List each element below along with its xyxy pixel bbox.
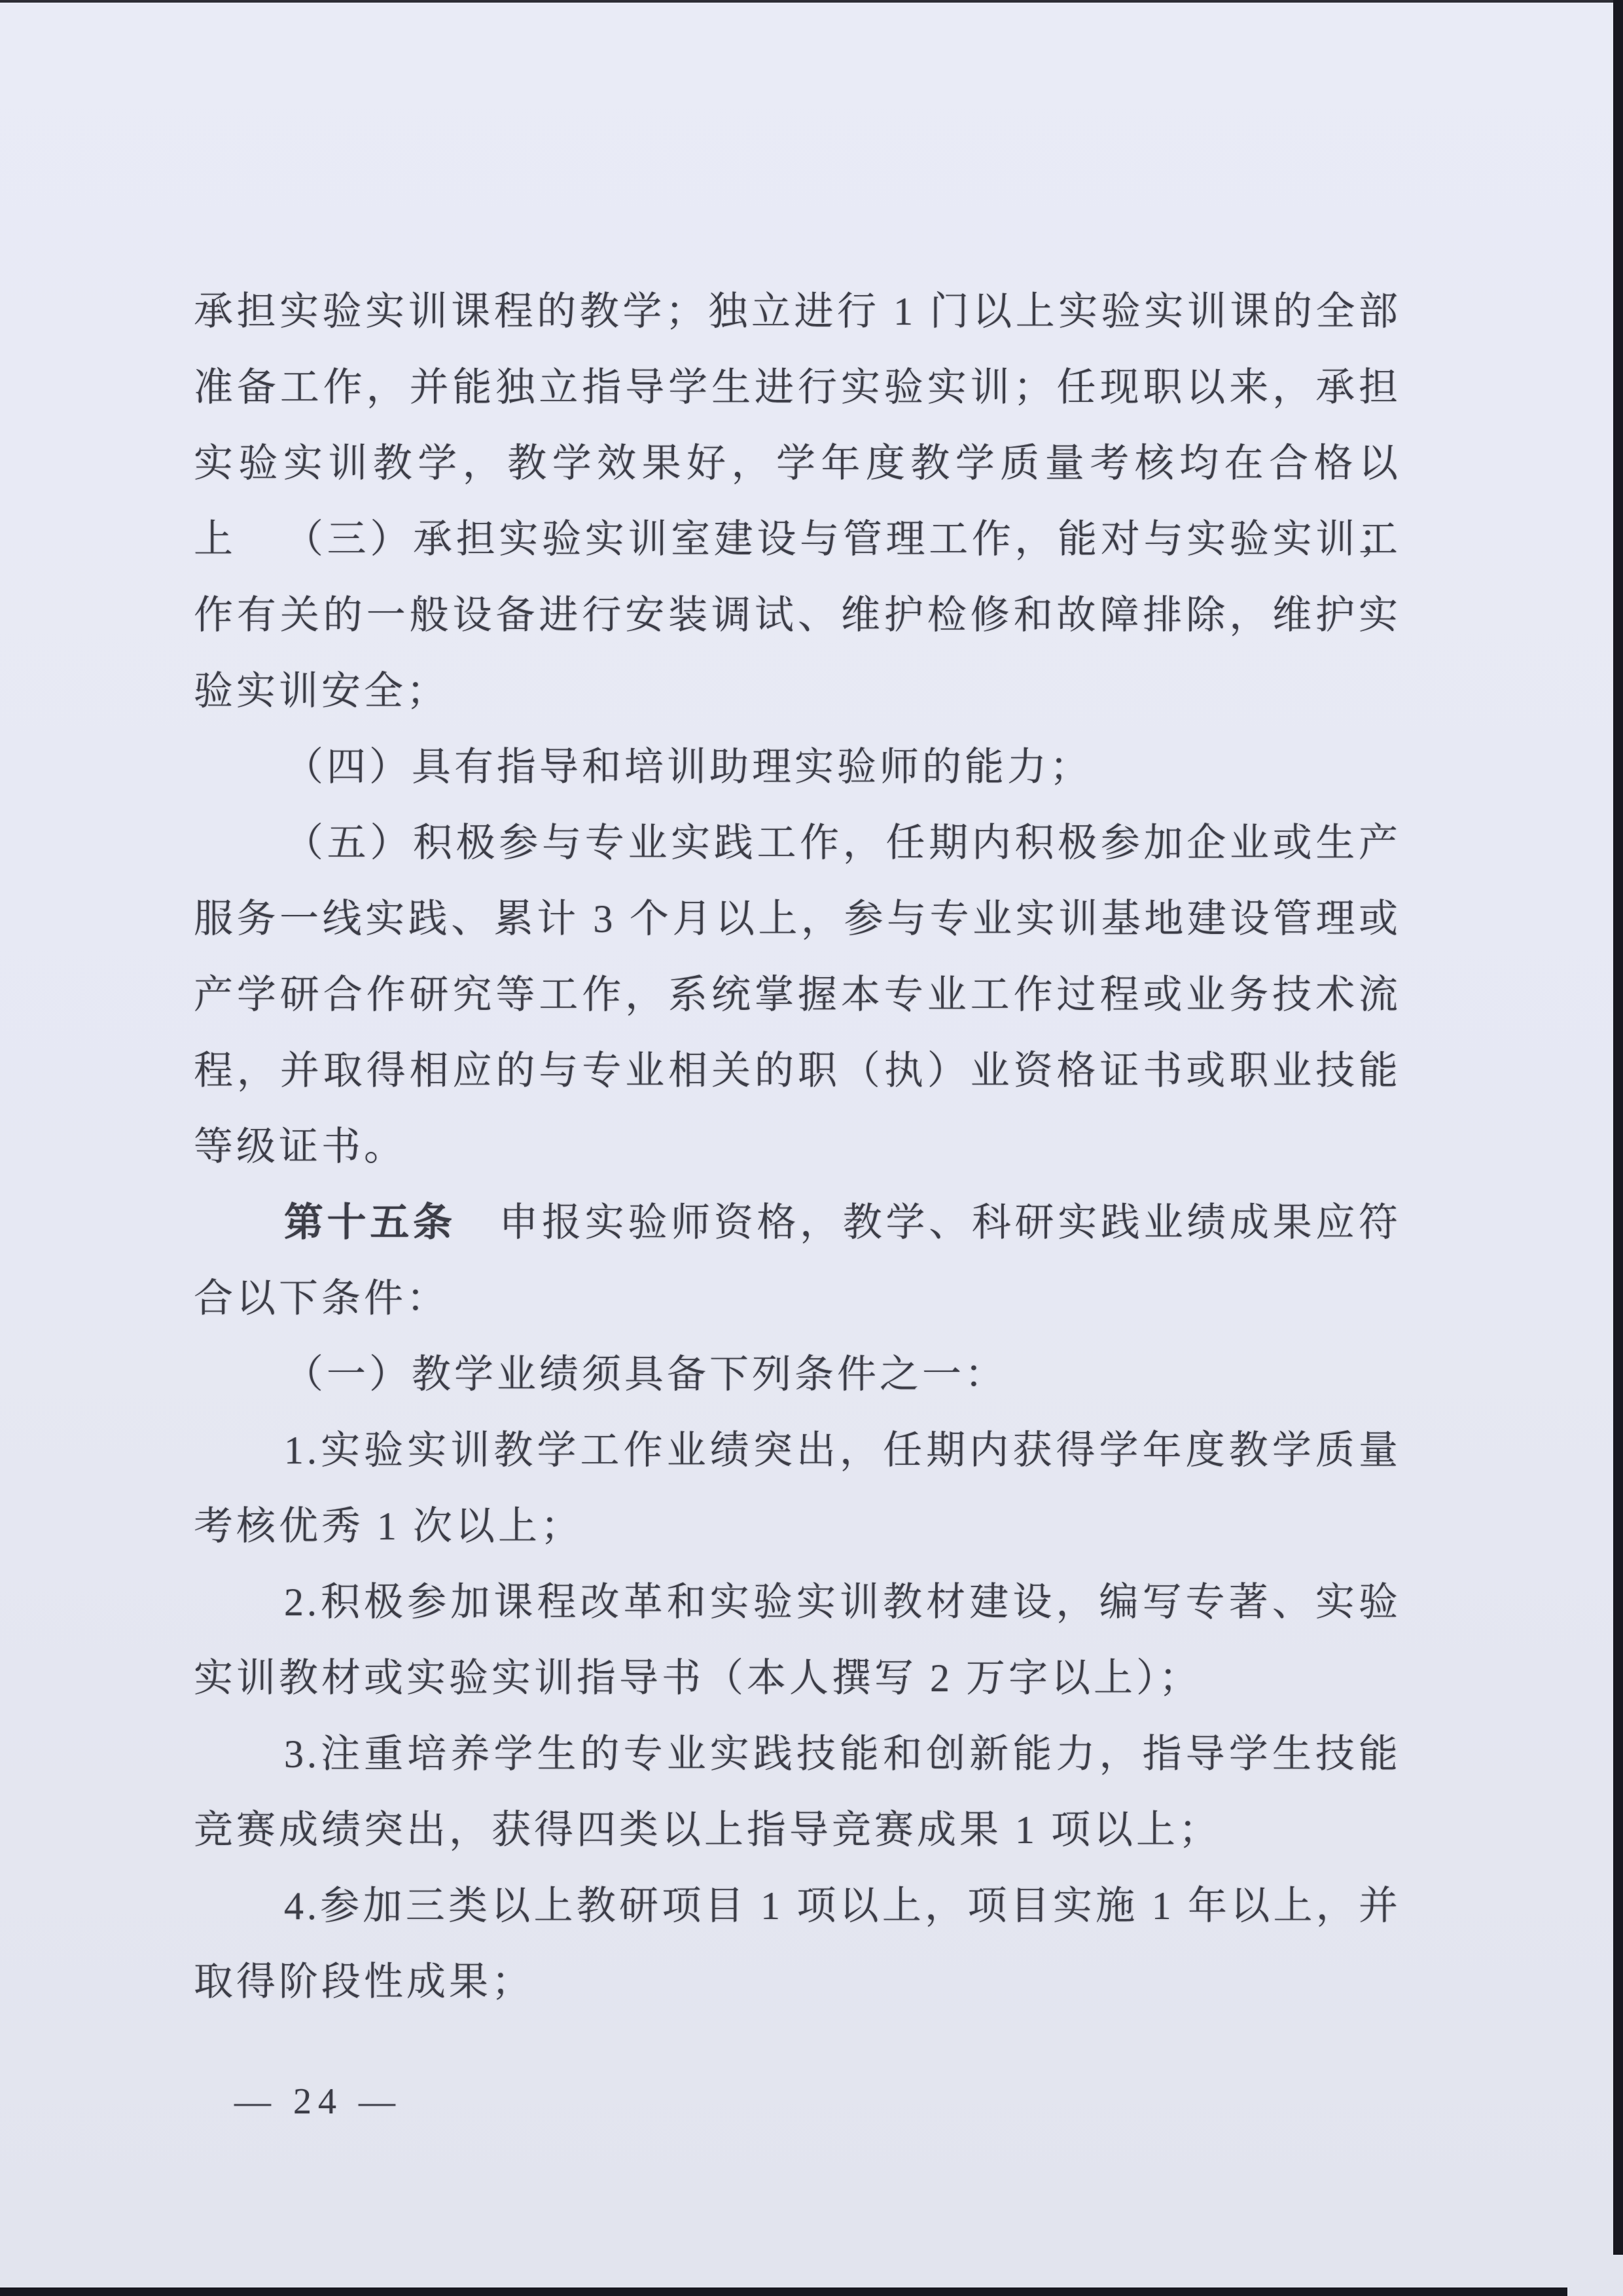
text-line: 等级证书。 <box>194 1109 1401 1185</box>
text-line: 产学研合作研究等工作，系统掌握本专业工作过程或业务技术流 <box>194 957 1401 1033</box>
scan-edge-right <box>1613 0 1623 2255</box>
scan-edge-bottom <box>0 2287 1567 2296</box>
text-line: 3.注重培养学生的专业实践技能和创新能力，指导学生技能 <box>194 1716 1401 1792</box>
text-line: （五）积极参与专业实践工作，任期内积极参加企业或生产 <box>194 805 1401 881</box>
text-line: 准备工作，并能独立指导学生进行实验实训；任现职以来，承担 <box>194 350 1401 425</box>
text-line: 考核优秀 1 次以上； <box>194 1488 1401 1564</box>
text-line: 实训教材或实验实训指导书（本人撰写 2 万字以上）； <box>194 1640 1401 1716</box>
scan-edge-top <box>0 0 1623 3</box>
article-number: 第十五条 <box>284 1201 456 1244</box>
text-line: 4.参加三类以上教研项目 1 项以上，项目实施 1 年以上，并 <box>194 1868 1401 1944</box>
text-line: 作有关的一般设备进行安装调试、维护检修和故障排除，维护实 <box>194 577 1401 653</box>
text-line: 第十五条 申报实验师资格，教学、科研实践业绩成果应符 <box>194 1185 1401 1261</box>
text-line: 合以下条件： <box>194 1261 1401 1336</box>
text-line: （一）教学业绩须具备下列条件之一： <box>194 1336 1401 1412</box>
text-line: 实验实训教学，教学效果好，学年度教学质量考核均在合格以上； <box>194 425 1401 501</box>
text-line: 承担实验实训课程的教学；独立进行 1 门以上实验实训课的全部 <box>194 274 1401 350</box>
text-line: （三）承担实验实训室建设与管理工作，能对与实验实训工 <box>194 501 1401 577</box>
text-line: 1.实验实训教学工作业绩突出，任期内获得学年度教学质量 <box>194 1412 1401 1488</box>
text-line: 服务一线实践、累计 3 个月以上，参与专业实训基地建设管理或 <box>194 881 1401 957</box>
scanned-document-page: 承担实验实训课程的教学；独立进行 1 门以上实验实训课的全部准备工作，并能独立指… <box>0 0 1623 2296</box>
text-line: 竞赛成绩突出，获得四类以上指导竞赛成果 1 项以上； <box>194 1792 1401 1868</box>
document-body-text: 承担实验实训课程的教学；独立进行 1 门以上实验实训课的全部准备工作，并能独立指… <box>194 274 1401 2020</box>
text-line: （四）具有指导和培训助理实验师的能力； <box>194 729 1401 805</box>
text-line: 验实训安全； <box>194 653 1401 729</box>
text-line: 2.积极参加课程改革和实验实训教材建设，编写专著、实验 <box>194 1564 1401 1640</box>
text-line: 程，并取得相应的与专业相关的职（执）业资格证书或职业技能 <box>194 1033 1401 1109</box>
text-line: 取得阶段性成果； <box>194 1944 1401 2020</box>
page-number: — 24 — <box>234 2080 402 2123</box>
